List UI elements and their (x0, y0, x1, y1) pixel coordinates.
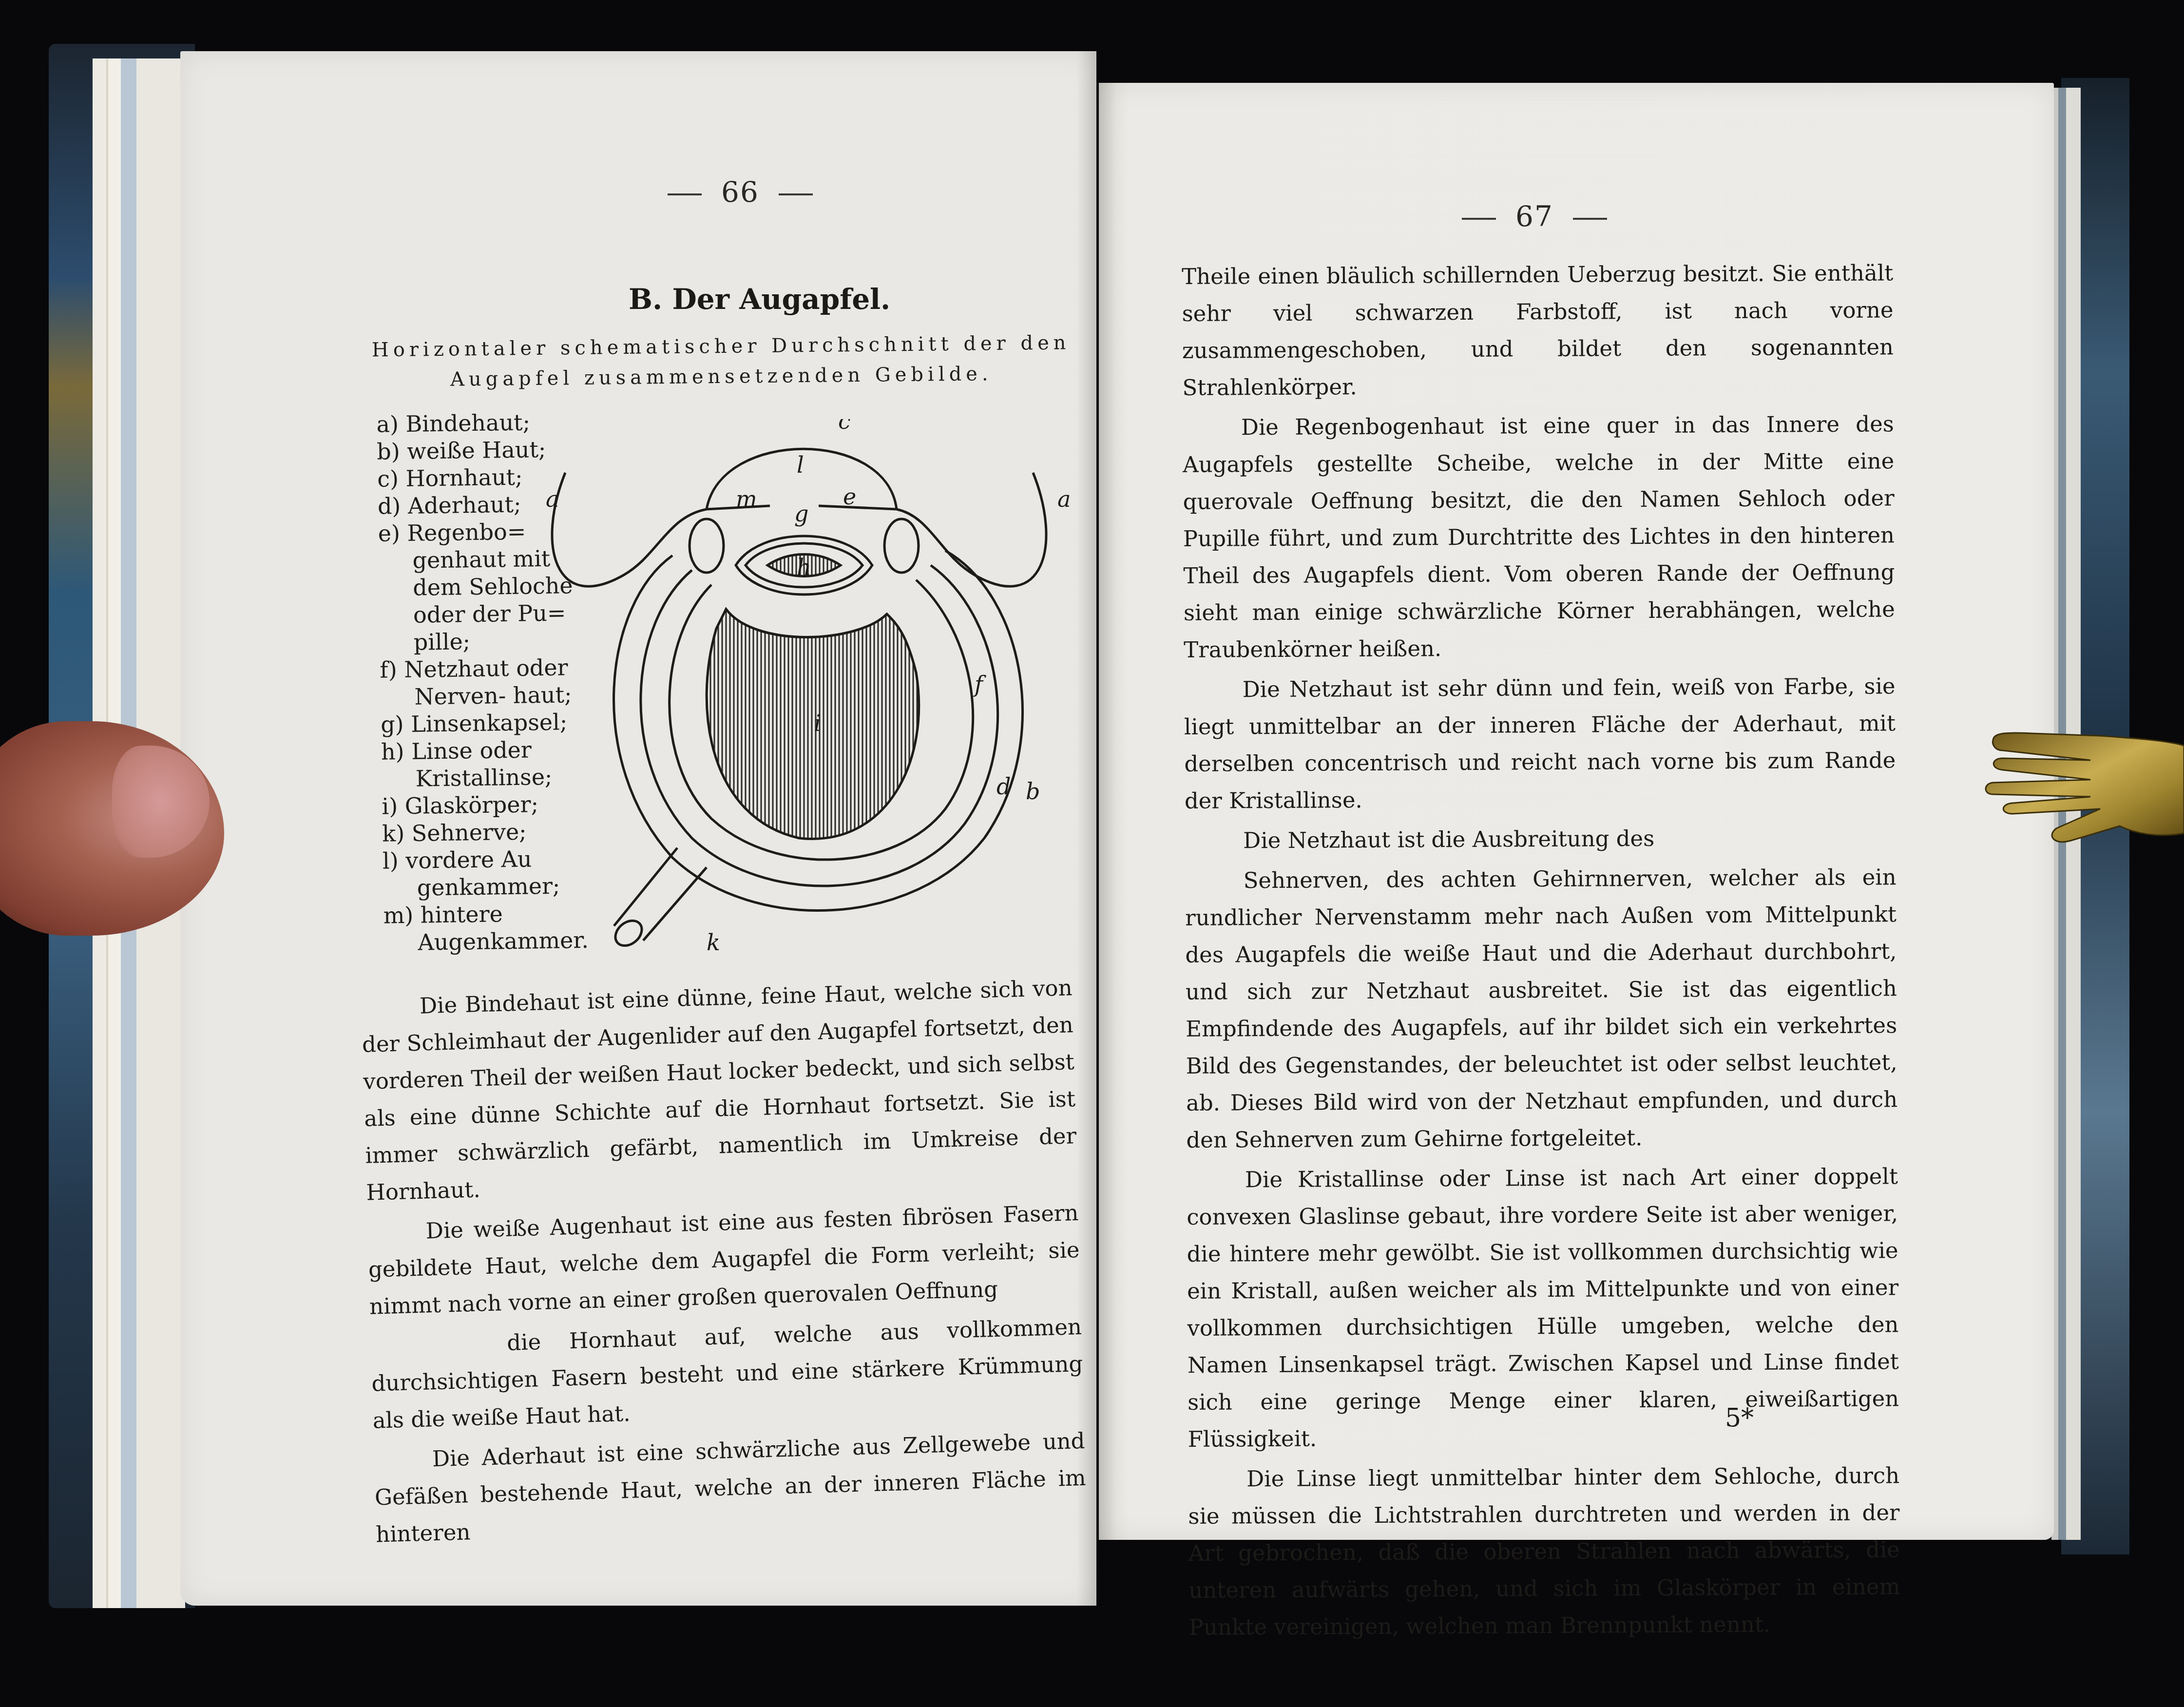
svg-text:i: i (814, 710, 821, 736)
paragraph: Sehnerven, des achten Gehirnnerven, welc… (1185, 859, 1897, 1159)
folio-dash (779, 193, 813, 195)
legend-item: c) Hornhaut; (377, 462, 573, 493)
left-body-text: Die Bindehaut ist eine dünne, feine Haut… (361, 969, 1088, 1556)
svg-text:f: f (973, 671, 986, 697)
paragraph: Theile einen bläulich schillernden Ueber… (1182, 254, 1894, 406)
paragraph: Die Kristallinse oder Linse ist nach Art… (1187, 1158, 1899, 1458)
svg-text:l: l (797, 452, 804, 478)
svg-text:m: m (736, 486, 757, 512)
right-page-number: 67 (1442, 200, 1627, 233)
paragraph: Die Netzhaut ist sehr dünn und fein, wei… (1184, 668, 1896, 820)
paragraph: Die Linse liegt unmittelbar hinter dem S… (1188, 1457, 1900, 1646)
svg-text:b: b (1026, 778, 1040, 805)
svg-text:c: c (838, 419, 851, 434)
svg-text:e: e (843, 483, 856, 510)
section-heading: B. Der Augapfel. (629, 283, 890, 316)
folio-dash (1573, 218, 1607, 220)
brass-hand-clip-icon (1973, 711, 2184, 872)
legend-item: b) weiße Haut; (377, 435, 572, 465)
paragraph: Die Bindehaut ist eine dünne, feine Haut… (361, 969, 1078, 1211)
legend-item: a) Bindehaut; (376, 408, 572, 438)
paragraph: Die Netzhaut ist die Ausbreitung des (1185, 819, 1896, 860)
paragraph: die Hornhaut auf, welche aus vollkommen … (370, 1308, 1084, 1439)
svg-text:h: h (797, 554, 811, 580)
paragraph: Die Aderhaut ist eine schwärzliche aus Z… (373, 1422, 1088, 1554)
signature-mark: 5* (1725, 1403, 1754, 1433)
paragraph: Die Regenbogenhaut ist eine quer in das … (1183, 405, 1896, 669)
figure-caption: Horizontaler schematischer Durchschnitt … (360, 327, 1082, 395)
svg-text:d: d (996, 773, 1011, 800)
svg-text:a: a (546, 486, 559, 512)
folio-dash (668, 193, 702, 195)
svg-text:k: k (707, 929, 720, 955)
svg-text:a: a (1057, 486, 1071, 512)
legend-item: e) Regenbo= genhaut mit dem Sehloche ode… (378, 517, 575, 656)
left-page-number: 66 (648, 175, 832, 209)
folio-dash (1462, 218, 1496, 220)
legend-item: d) Aderhaut; (378, 490, 573, 520)
right-body-text: Theile einen bläulich schillernden Ueber… (1182, 254, 1900, 1649)
paragraph: Die weiße Augenhaut ist eine aus festen … (367, 1194, 1081, 1325)
svg-text:g: g (794, 500, 808, 527)
eyeball-diagram: a a c l e m g h f i d b k (546, 419, 1082, 955)
